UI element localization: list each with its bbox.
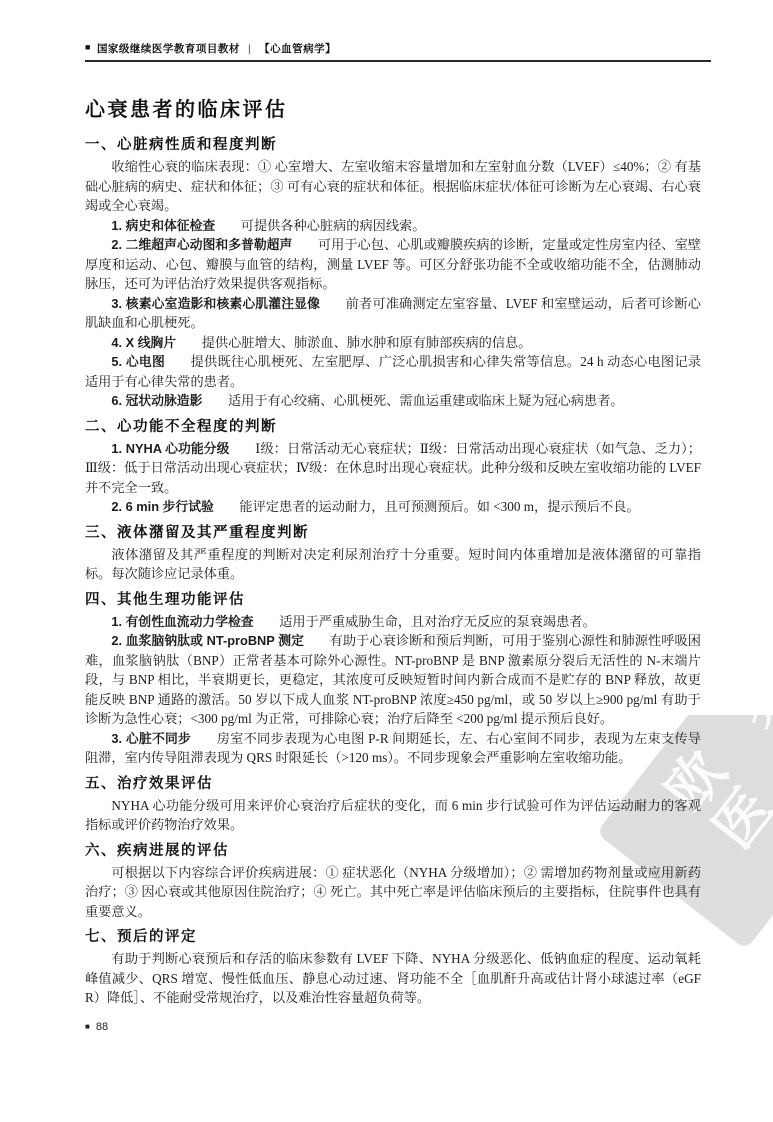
item-label: 3. 核素心室造影和核素心肌灌注显像 xyxy=(111,296,320,311)
numbered-item: 1. 有创性血流动力学检查适用于严重威胁生命，且对治疗无反应的泵衰竭患者。 xyxy=(85,612,701,632)
item-label: 2. 6 min 步行试验 xyxy=(111,499,213,514)
item-text: 提供心脏增大、肺淤血、肺水肿和原有肺部疾病的信息。 xyxy=(202,335,532,350)
section-heading: 三、液体潴留及其严重程度判断 xyxy=(85,523,701,543)
numbered-item: 2. 血浆脑钠肽或 NT-proBNP 测定有助于心衰诊断和预后判断，可用于鉴别… xyxy=(85,631,701,729)
section-heading: 一、心脏病性质和程度判断 xyxy=(85,135,701,155)
item-text: 提供既往心肌梗死、左室肥厚、广泛心肌损害和心律失常等信息。24 h 动态心电图记… xyxy=(85,354,701,389)
section-heading: 四、其他生理功能评估 xyxy=(85,590,701,610)
numbered-item: 3. 核素心室造影和核素心肌灌注显像前者可准确测定左室容量、LVEF 和室壁运动… xyxy=(85,294,701,333)
square-bullet-icon: ■ xyxy=(85,1023,90,1031)
section-heading: 五、治疗效果评估 xyxy=(85,774,701,794)
watermark-glyphs: 医 协 xyxy=(703,715,773,858)
item-label: 2. 血浆脑钠肽或 NT-proBNP 测定 xyxy=(111,633,304,648)
section-heading: 六、疾病进展的评估 xyxy=(85,841,701,861)
paragraph: 液体潴留及其严重程度的判断对决定利尿剂治疗十分重要。短时间内体重增加是液体潴留的… xyxy=(85,545,701,584)
item-label: 1. 病史和体征检查 xyxy=(111,218,215,233)
item-label: 2. 二维超声心动图和多普勒超声 xyxy=(111,237,292,252)
subject-title: 【心血管病学】 xyxy=(259,41,336,56)
paragraph: 可根据以下内容综合评价疾病进展：① 症状恶化（NYHA 分级增加）；② 需增加药… xyxy=(85,863,701,922)
item-text: 能评定患者的运动耐力，且可预测预后。如 <300 m，提示预后不良。 xyxy=(239,499,639,514)
paragraph: 有助于判断心衰预后和存活的临床参数有 LVEF 下降、NYHA 分级恶化、低钠血… xyxy=(85,949,701,1008)
section-heading: 二、心功能不全程度的判断 xyxy=(85,417,701,437)
page-title: 心衰患者的临床评估 xyxy=(85,97,701,124)
header-separator: | xyxy=(246,43,253,55)
series-title: 国家级继续医学教育项目教材 xyxy=(97,41,240,56)
paragraph: 收缩性心衰的临床表现：① 心室增大、左室收缩末容量增加和左室射血分数（LVEF）… xyxy=(85,157,701,216)
numbered-item: 2. 6 min 步行试验能评定患者的运动耐力，且可预测预后。如 <300 m，… xyxy=(85,497,701,517)
page-number: 88 xyxy=(96,1021,108,1033)
numbered-item: 2. 二维超声心动图和多普勒超声可用于心包、心肌或瓣膜疾病的诊断，定量或定性房室… xyxy=(85,235,701,294)
item-label: 4. X 线胸片 xyxy=(111,335,176,350)
item-label: 6. 冠状动脉造影 xyxy=(111,393,202,408)
item-label: 3. 心脏不同步 xyxy=(111,731,191,746)
document-body: 心衰患者的临床评估 一、心脏病性质和程度判断收缩性心衰的临床表现：① 心室增大、… xyxy=(85,97,701,1008)
numbered-item: 1. NYHA 心功能分级Ⅰ级：日常活动无心衰症状；Ⅱ级：日常活动出现心衰症状（… xyxy=(85,439,701,498)
item-text: 适用于严重威胁生命，且对治疗无反应的泵衰竭患者。 xyxy=(279,614,596,629)
running-head: ■ 国家级继续医学教育项目教材 | 【心血管病学】 xyxy=(85,41,711,62)
item-label: 5. 心电图 xyxy=(111,354,165,369)
item-text: 适用于有心绞痛、心肌梗死、需血运重建或临床上疑为冠心病患者。 xyxy=(228,393,624,408)
book-page: ■ 国家级继续医学教育项目教材 | 【心血管病学】 欧 界 医 协 PDG 心衰… xyxy=(0,0,773,1122)
section-heading: 七、预后的评定 xyxy=(85,927,701,947)
numbered-item: 5. 心电图提供既往心肌梗死、左室肥厚、广泛心肌损害和心律失常等信息。24 h … xyxy=(85,352,701,391)
square-bullet-icon: ■ xyxy=(85,43,91,52)
numbered-item: 4. X 线胸片提供心脏增大、肺淤血、肺水肿和原有肺部疾病的信息。 xyxy=(85,333,701,353)
sections-container: 一、心脏病性质和程度判断收缩性心衰的临床表现：① 心室增大、左室收缩末容量增加和… xyxy=(85,135,701,1008)
numbered-item: 6. 冠状动脉造影适用于有心绞痛、心肌梗死、需血运重建或临床上疑为冠心病患者。 xyxy=(85,391,701,411)
paragraph: NYHA 心功能分级可用来评价心衰治疗后症状的变化，而 6 min 步行试验可作… xyxy=(85,796,701,835)
page-footer: ■ 88 xyxy=(85,1021,108,1033)
numbered-item: 1. 病史和体征检查可提供各种心脏病的病因线索。 xyxy=(85,216,701,236)
item-label: 1. NYHA 心功能分级 xyxy=(111,441,229,456)
numbered-item: 3. 心脏不同步房室不同步表现为心电图 P-R 间期延长，左、右心室间不同步，表… xyxy=(85,729,701,768)
item-label: 1. 有创性血流动力学检查 xyxy=(111,614,253,629)
item-text: 可提供各种心脏病的病因线索。 xyxy=(241,218,426,233)
